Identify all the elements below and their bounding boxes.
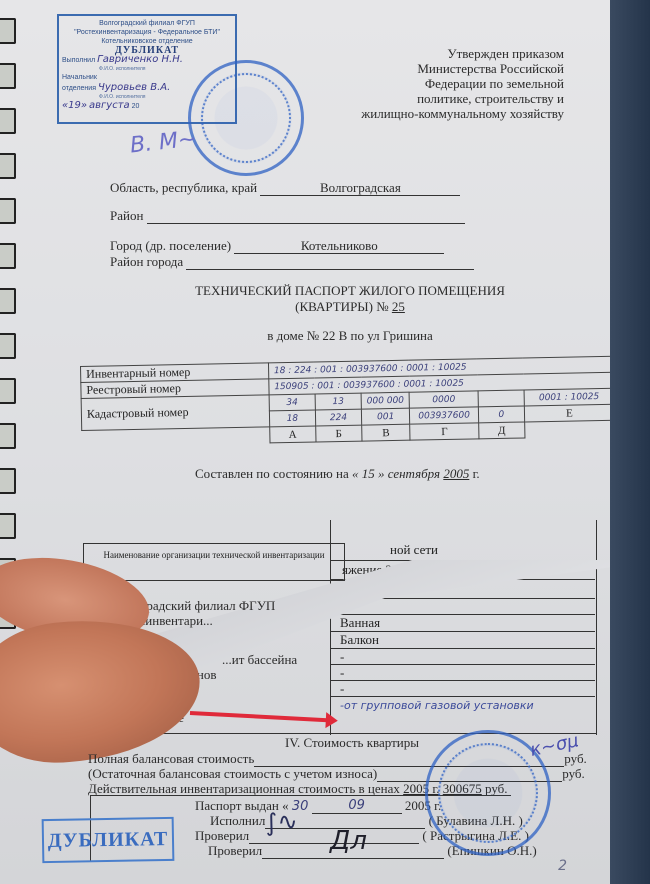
stamp-head-label: Начальник — [62, 74, 97, 81]
approval-line: Федерации по земельной — [344, 76, 564, 91]
cadastral-cell: 224 — [315, 409, 362, 426]
equipment-value: Ванная — [330, 615, 595, 632]
compiled-year: 2005 — [443, 466, 469, 481]
approval-line: Министерства Российской — [344, 61, 564, 76]
stamp-performed-label: Выполнил — [62, 57, 95, 64]
region-value: Волгоградская — [260, 180, 460, 196]
equipment-value: Балкон — [330, 632, 595, 649]
spiral-binding — [0, 18, 18, 738]
compiled-prefix: Составлен по состоянию на — [195, 466, 349, 481]
document-page: Волгоградский филиал ФГУП "Ростехинвента… — [0, 0, 614, 884]
cadastral-letter: А — [270, 426, 316, 443]
compiled-suffix: г. — [473, 466, 480, 481]
cadastral-cell — [478, 390, 524, 407]
city-district-field: Район города — [110, 254, 474, 270]
stamp-org-line1: Волгоградский филиал ФГУП — [59, 19, 235, 28]
cadastral-cell: 0 — [478, 406, 524, 423]
issued-month: 09 — [312, 798, 402, 814]
full-cost-label: Полная балансовая стоимость — [88, 751, 254, 766]
document-title: ТЕХНИЧЕСКИЙ ПАСПОРТ ЖИЛОГО ПОМЕЩЕНИЯ (КВ… — [150, 283, 550, 315]
residual-cost-label: (Остаточная балансовая стоимость с учето… — [88, 766, 377, 781]
checked1-label: Проверил — [195, 828, 249, 843]
cadastral-cell: 000 000 — [361, 392, 410, 409]
district-value — [147, 208, 465, 224]
stamp-org-line2: "Ростехинвентаризация - Федеральное БТИ" — [59, 28, 235, 37]
compiled-date: Составлен по состоянию на « 15 » сентябр… — [195, 466, 480, 482]
region-field: Область, республика, край Волгоградская — [110, 180, 460, 196]
approval-line: политике, строительству и — [344, 91, 564, 106]
stamp-head-name: Чуровьев В.А. — [98, 82, 170, 93]
city-field: Город (др. поселение) Котельниково — [110, 238, 444, 254]
signature-performed: ∫∿ — [264, 807, 298, 837]
org-name-header: Наименование организации технической инв… — [83, 543, 345, 581]
cost-section-title: IV. Стоимость квартиры — [285, 735, 419, 751]
approval-line: Утвержден приказом — [344, 46, 564, 61]
stamp-performed-by: Гавриченко Н.Н. — [97, 54, 183, 65]
cadastral-letter: Г — [410, 423, 479, 440]
signature-checked: Дл — [330, 826, 367, 856]
cadastral-cell: 001 — [361, 408, 410, 425]
cadastral-label: Кадастровый номер — [81, 395, 269, 431]
cadastral-cell: 0001 : 10025 — [524, 388, 615, 406]
city-district-value — [186, 254, 474, 270]
equipment-value: - — [330, 649, 595, 665]
stamp-head-label-2: отделения — [62, 85, 96, 92]
equipment-value: - — [330, 665, 595, 681]
signature-top: В. М~ — [129, 127, 198, 159]
compiled-month: сентября — [388, 466, 440, 481]
cadastral-letter: Д — [479, 422, 525, 439]
district-label: Район — [110, 208, 143, 223]
city-label: Город (др. поселение) — [110, 238, 231, 253]
stamp-date-day: «19» — [62, 100, 87, 111]
approval-note: Утвержден приказом Министерства Российск… — [344, 46, 564, 121]
duplicate-stamp: ДУБЛИКАТ — [42, 817, 175, 863]
cadastral-letter: В — [362, 424, 411, 441]
stamp-date-year: 20 — [132, 103, 140, 110]
apartment-number: 25 — [392, 299, 405, 314]
title-line1: ТЕХНИЧЕСКИЙ ПАСПОРТ ЖИЛОГО ПОМЕЩЕНИЯ — [150, 283, 550, 299]
cadastral-cell: 34 — [269, 394, 315, 411]
residual-cost-unit: руб. — [562, 766, 585, 781]
compiled-day: « 15 » — [352, 466, 385, 481]
cadastral-cell: 13 — [315, 393, 362, 410]
cadastral-letter: Б — [316, 425, 363, 442]
cadastral-cell: 003937600 — [410, 407, 479, 424]
cadastral-cell: 0000 — [409, 391, 478, 408]
district-field: Район — [110, 208, 465, 224]
house-address: в доме № 22 В по ул Гришина — [150, 328, 550, 344]
stamp-date-month: августа — [89, 100, 130, 111]
round-seal-top — [188, 60, 304, 176]
checked2-label: Проверил — [208, 843, 262, 858]
actual-cost-label: Действительная инвентаризационная стоимо… — [88, 781, 400, 796]
cadastral-letter: Е — [524, 404, 615, 422]
equipment-value: ной сети — [330, 540, 595, 561]
binder-cover — [610, 0, 650, 884]
page-number: 2 — [558, 858, 567, 874]
title-line2: (КВАРТИРЫ) № — [295, 299, 389, 314]
approval-line: жилищно-коммунальному хозяйству — [344, 106, 564, 121]
performed-label: Исполнил — [210, 813, 265, 828]
city-district-label: Район города — [110, 254, 183, 269]
issued-row: Паспорт выдан « 30 09 2005 г. — [195, 798, 441, 814]
region-label: Область, республика, край — [110, 180, 257, 195]
cadastral-cell: 18 — [269, 410, 315, 427]
city-value: Котельниково — [234, 238, 444, 254]
registry-table: Инвентарный номер 18 : 224 : 001 : 00393… — [80, 356, 615, 447]
